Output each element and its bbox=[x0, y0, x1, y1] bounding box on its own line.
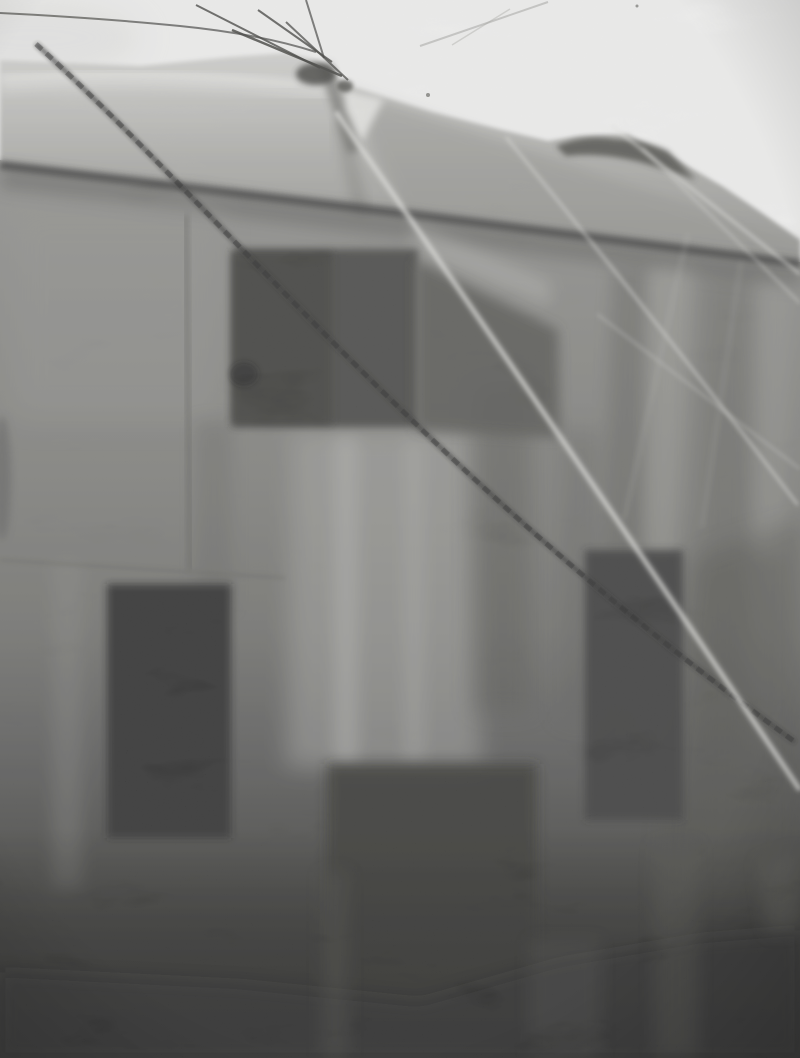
photograph: Tarpaulin-covered structure Black-and-wh… bbox=[0, 0, 800, 1058]
vignette bbox=[0, 0, 800, 1058]
photo-canvas: Tarpaulin-covered structure Black-and-wh… bbox=[0, 0, 800, 1058]
